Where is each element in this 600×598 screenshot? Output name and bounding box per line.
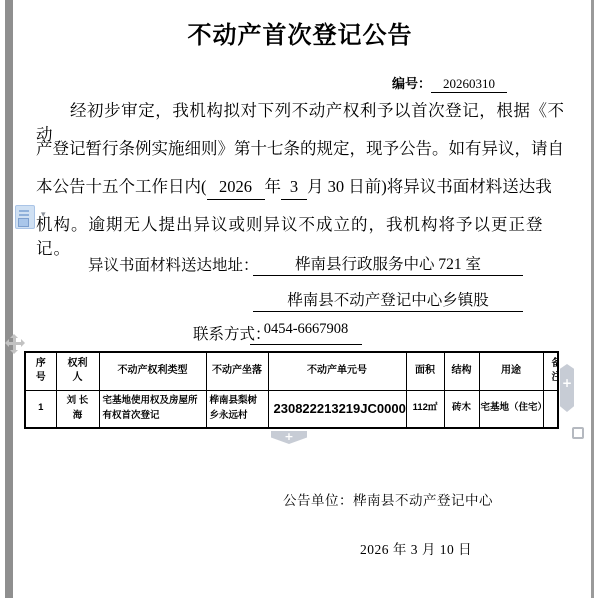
doc-number-line: 编号：20260310 xyxy=(392,73,507,93)
body-line-3: 本公告十五个工作日内(2026年3月 30 日前)将异议书面材料送达我 xyxy=(36,175,564,200)
cell-holder[interactable]: 刘 长海 xyxy=(56,390,99,428)
header-area: 面积 xyxy=(406,352,444,390)
header-right-type: 不动产权利类型 xyxy=(99,352,206,390)
page-left-edge xyxy=(5,0,13,598)
cell-area[interactable]: 112㎡ xyxy=(406,390,444,428)
body-line-3-suffix: 月 30 日前)将异议书面材料送达我 xyxy=(307,177,552,196)
footer-unit: 公告单位：桦南县不动产登记中心 xyxy=(283,489,493,509)
clipboard-paste-icon xyxy=(19,210,29,212)
cell-unit-no[interactable]: 230822213219JC00002 xyxy=(268,390,406,428)
table-row: 1 刘 长海 宅基地使用权及房屋所有权首次登记 桦南县梨树乡永远村 230822… xyxy=(25,390,558,428)
header-location: 不动产坐落 xyxy=(206,352,268,390)
address-label: 异议书面材料送达地址： xyxy=(88,253,259,275)
table-resize-icon[interactable] xyxy=(572,427,584,439)
table-header-row: 序号 权利人 不动产权利类型 不动产坐落 不动产单元号 面积 结构 用途 备注 xyxy=(25,352,558,390)
contact-value: 0454-6667908 xyxy=(250,321,362,345)
paste-options-button[interactable] xyxy=(15,205,35,229)
deadline-year-blank: 2026 xyxy=(207,175,265,200)
cell-location[interactable]: 桦南县梨树乡永远村 xyxy=(206,390,268,428)
cell-seq[interactable]: 1 xyxy=(25,390,56,428)
header-seq: 序号 xyxy=(25,352,56,390)
footer-date: 2026 年 3 月 10 日 xyxy=(360,538,472,558)
cell-use[interactable]: 宅基地（住宅） xyxy=(479,390,543,428)
insert-column-button[interactable]: + xyxy=(560,364,574,412)
header-holder: 权利人 xyxy=(56,352,99,390)
cell-remark[interactable] xyxy=(543,390,558,428)
insert-row-button[interactable]: + xyxy=(271,431,307,444)
address-value-1: 桦南县行政服务中心 721 室 xyxy=(253,252,523,276)
body-line-2: 产登记暂行条例实施细则》第十七条的规定，现予公告。如有异议，请自 xyxy=(36,137,564,161)
cell-structure[interactable]: 砖木 xyxy=(444,390,479,428)
page-title: 不动产首次登记公告 xyxy=(0,15,600,50)
address-value-2: 桦南县不动产登记中心乡镇股 xyxy=(253,288,523,312)
chevron-down-icon[interactable]: ▾ xyxy=(41,210,46,220)
page-right-edge xyxy=(591,0,594,598)
word-document-page: 不动产首次登记公告 编号：20260310 经初步审定，我机构拟对下列不动产权利… xyxy=(0,0,600,598)
doc-number-label: 编号： xyxy=(392,76,431,91)
registration-table: 序号 权利人 不动产权利类型 不动产坐落 不动产单元号 面积 结构 用途 备注 … xyxy=(24,351,559,429)
body-line-3-prefix: 本公告十五个工作日内( xyxy=(36,177,207,196)
body-line-3-sep: 年 xyxy=(265,177,282,196)
plus-icon: + xyxy=(560,377,574,389)
header-use: 用途 xyxy=(479,352,543,390)
plus-icon: + xyxy=(284,430,293,443)
deadline-month-blank: 3 xyxy=(281,175,307,200)
header-unit-no: 不动产单元号 xyxy=(268,352,406,390)
cell-right-type[interactable]: 宅基地使用权及房屋所有权首次登记 xyxy=(99,390,206,428)
header-remark: 备注 xyxy=(543,352,558,390)
table-move-handle-icon[interactable] xyxy=(7,336,23,352)
header-structure: 结构 xyxy=(444,352,479,390)
doc-number-value: 20260310 xyxy=(431,76,507,93)
